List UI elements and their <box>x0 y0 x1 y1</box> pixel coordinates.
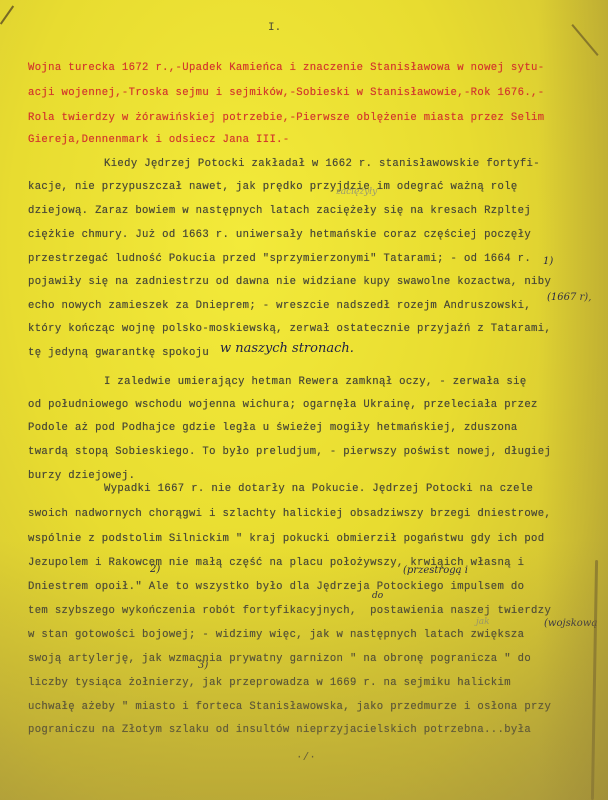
pencil-annotation-zaciezyly: zaciężyły <box>336 187 377 197</box>
summary-line: Wojna turecka 1672 r.,-Upadek Kamieńca i… <box>28 62 544 74</box>
typescript-page: I. Wojna turecka 1672 r.,-Upadek Kamieńc… <box>0 0 608 800</box>
summary-line: Rola twierdzy w żórawińskiej potrzebie,-… <box>28 112 544 124</box>
body-line: pojawiły się na zadniestrzu od dawna nie… <box>28 276 551 288</box>
ink-annotation-przestroga: (przestrogą i <box>403 565 468 576</box>
body-line: swoich nadwornych chorągwi i szlachty ha… <box>28 508 551 520</box>
body-line: Podole aż pod Podhajce gdzie legła u świ… <box>28 422 518 434</box>
body-line: tę jedyną gwarantkę spokoju <box>28 347 209 359</box>
body-line: Dniestrem opoił." Ale to wszystko było d… <box>28 581 524 593</box>
body-line: swoją artylerję, jak wzmacnia prywatny g… <box>28 653 531 665</box>
body-line: który kończąc wojnę polsko-moskiewską, z… <box>28 323 551 335</box>
corner-scratch-mark-top-right <box>571 24 598 56</box>
body-line: echo nowych zamieszek za Dnieprem; - wre… <box>28 300 531 312</box>
body-line: dziejową. Zaraz bowiem w następnych lata… <box>28 205 531 217</box>
pencil-annotation-jak: jak <box>476 617 490 627</box>
body-line: I zaledwie umierający hetman Rewera zamk… <box>104 376 527 388</box>
footnote-marker-1: 1) <box>543 256 553 267</box>
ink-annotation-wojskowa: (wojskową <box>544 618 597 629</box>
body-line: Wypadki 1667 r. nie dotarły na Pokucie. … <box>104 483 533 495</box>
body-line: od południowego wschodu wojenna wichura;… <box>28 399 538 411</box>
summary-line: acji wojennej,-Troska sejmu i sejmików,-… <box>28 87 544 99</box>
body-line: ciężkie chmury. Już od 1663 r. uniwersał… <box>28 229 531 241</box>
footnote-marker-3: 3) <box>198 660 208 671</box>
body-line: burzy dziejowej. <box>28 470 135 482</box>
body-line: Kiedy Jędrzej Potocki zakładał w 1662 r.… <box>104 158 540 170</box>
body-line: pograniczu na Złotym szlaku od insultów … <box>28 724 531 736</box>
body-line: wspólnie z podstolim Silnickim " kraj po… <box>28 533 544 545</box>
body-line: tem szybszego wykończenia robót fortyfik… <box>28 605 551 617</box>
paper-shadow-right <box>538 0 608 800</box>
ink-annotation-w-naszych-stronach: w naszych stronach. <box>220 341 354 356</box>
paper-torn-edge <box>591 560 598 800</box>
body-line: twardą stopą Sobieskiego. To było prelud… <box>28 446 551 458</box>
body-line: kacje, nie przypuszczał nawet, jak prędk… <box>28 181 518 193</box>
ink-annotation-date: (1667 r), <box>547 292 591 303</box>
chapter-number: I. <box>268 22 281 34</box>
corner-scratch-mark <box>0 5 14 24</box>
body-line: liczby tysiąca żołnierzy, jak przeprowad… <box>28 677 511 689</box>
body-line: przestrzegać ludność Pokucia przed "sprz… <box>28 253 531 265</box>
page-continuation-mark: ·/· <box>296 752 316 764</box>
body-line: w stan gotowości bojowej; - widzimy więc… <box>28 629 524 641</box>
ink-annotation-do: do <box>372 591 383 601</box>
footnote-marker-2: 2) <box>150 564 160 575</box>
body-line: uchwałę ażeby " miasto i forteca Stanisł… <box>28 701 551 713</box>
summary-line: Giereja,Dennenmark i odsiecz Jana III.- <box>28 134 290 146</box>
